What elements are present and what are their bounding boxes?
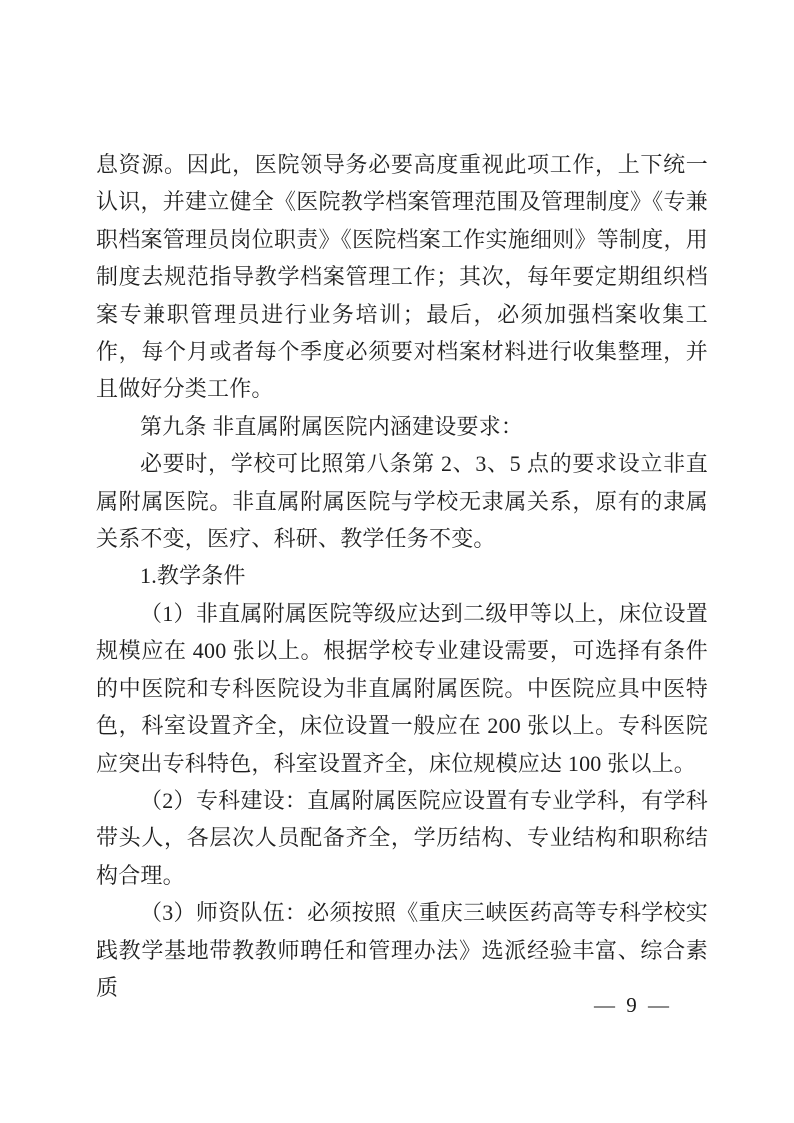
paragraph-item-2: （2）专科建设：直属附属医院应设置有专业学科，有学科带头人，各层次人员配备齐全，… — [96, 782, 708, 894]
article-9-heading: 第九条 非直属附属医院内涵建设要求： — [96, 408, 708, 445]
paragraph-continuation: 息资源。因此，医院领导务必要高度重视此项工作，上下统一认识，并建立健全《医院教学… — [96, 146, 708, 408]
document-text-block: 息资源。因此，医院领导务必要高度重视此项工作，上下统一认识，并建立健全《医院教学… — [96, 146, 708, 1006]
paragraph-item-1: （1）非直属附属医院等级应达到二级甲等以上，床位设置规模应在 400 张以上。根… — [96, 595, 708, 782]
paragraph-item-3: （3）师资队伍：必须按照《重庆三峡医药高等专科学校实践教学基地带教教师聘任和管理… — [96, 894, 708, 1006]
page-number: — 9 — — [594, 993, 672, 1017]
document-page: 息资源。因此，医院领导务必要高度重视此项工作，上下统一认识，并建立健全《医院教学… — [0, 0, 794, 1123]
list-heading-teaching-conditions: 1.教学条件 — [96, 557, 708, 594]
paragraph: 必要时，学校可比照第八条第 2、3、5 点的要求设立非直属附属医院。非直属附属医… — [96, 445, 708, 557]
